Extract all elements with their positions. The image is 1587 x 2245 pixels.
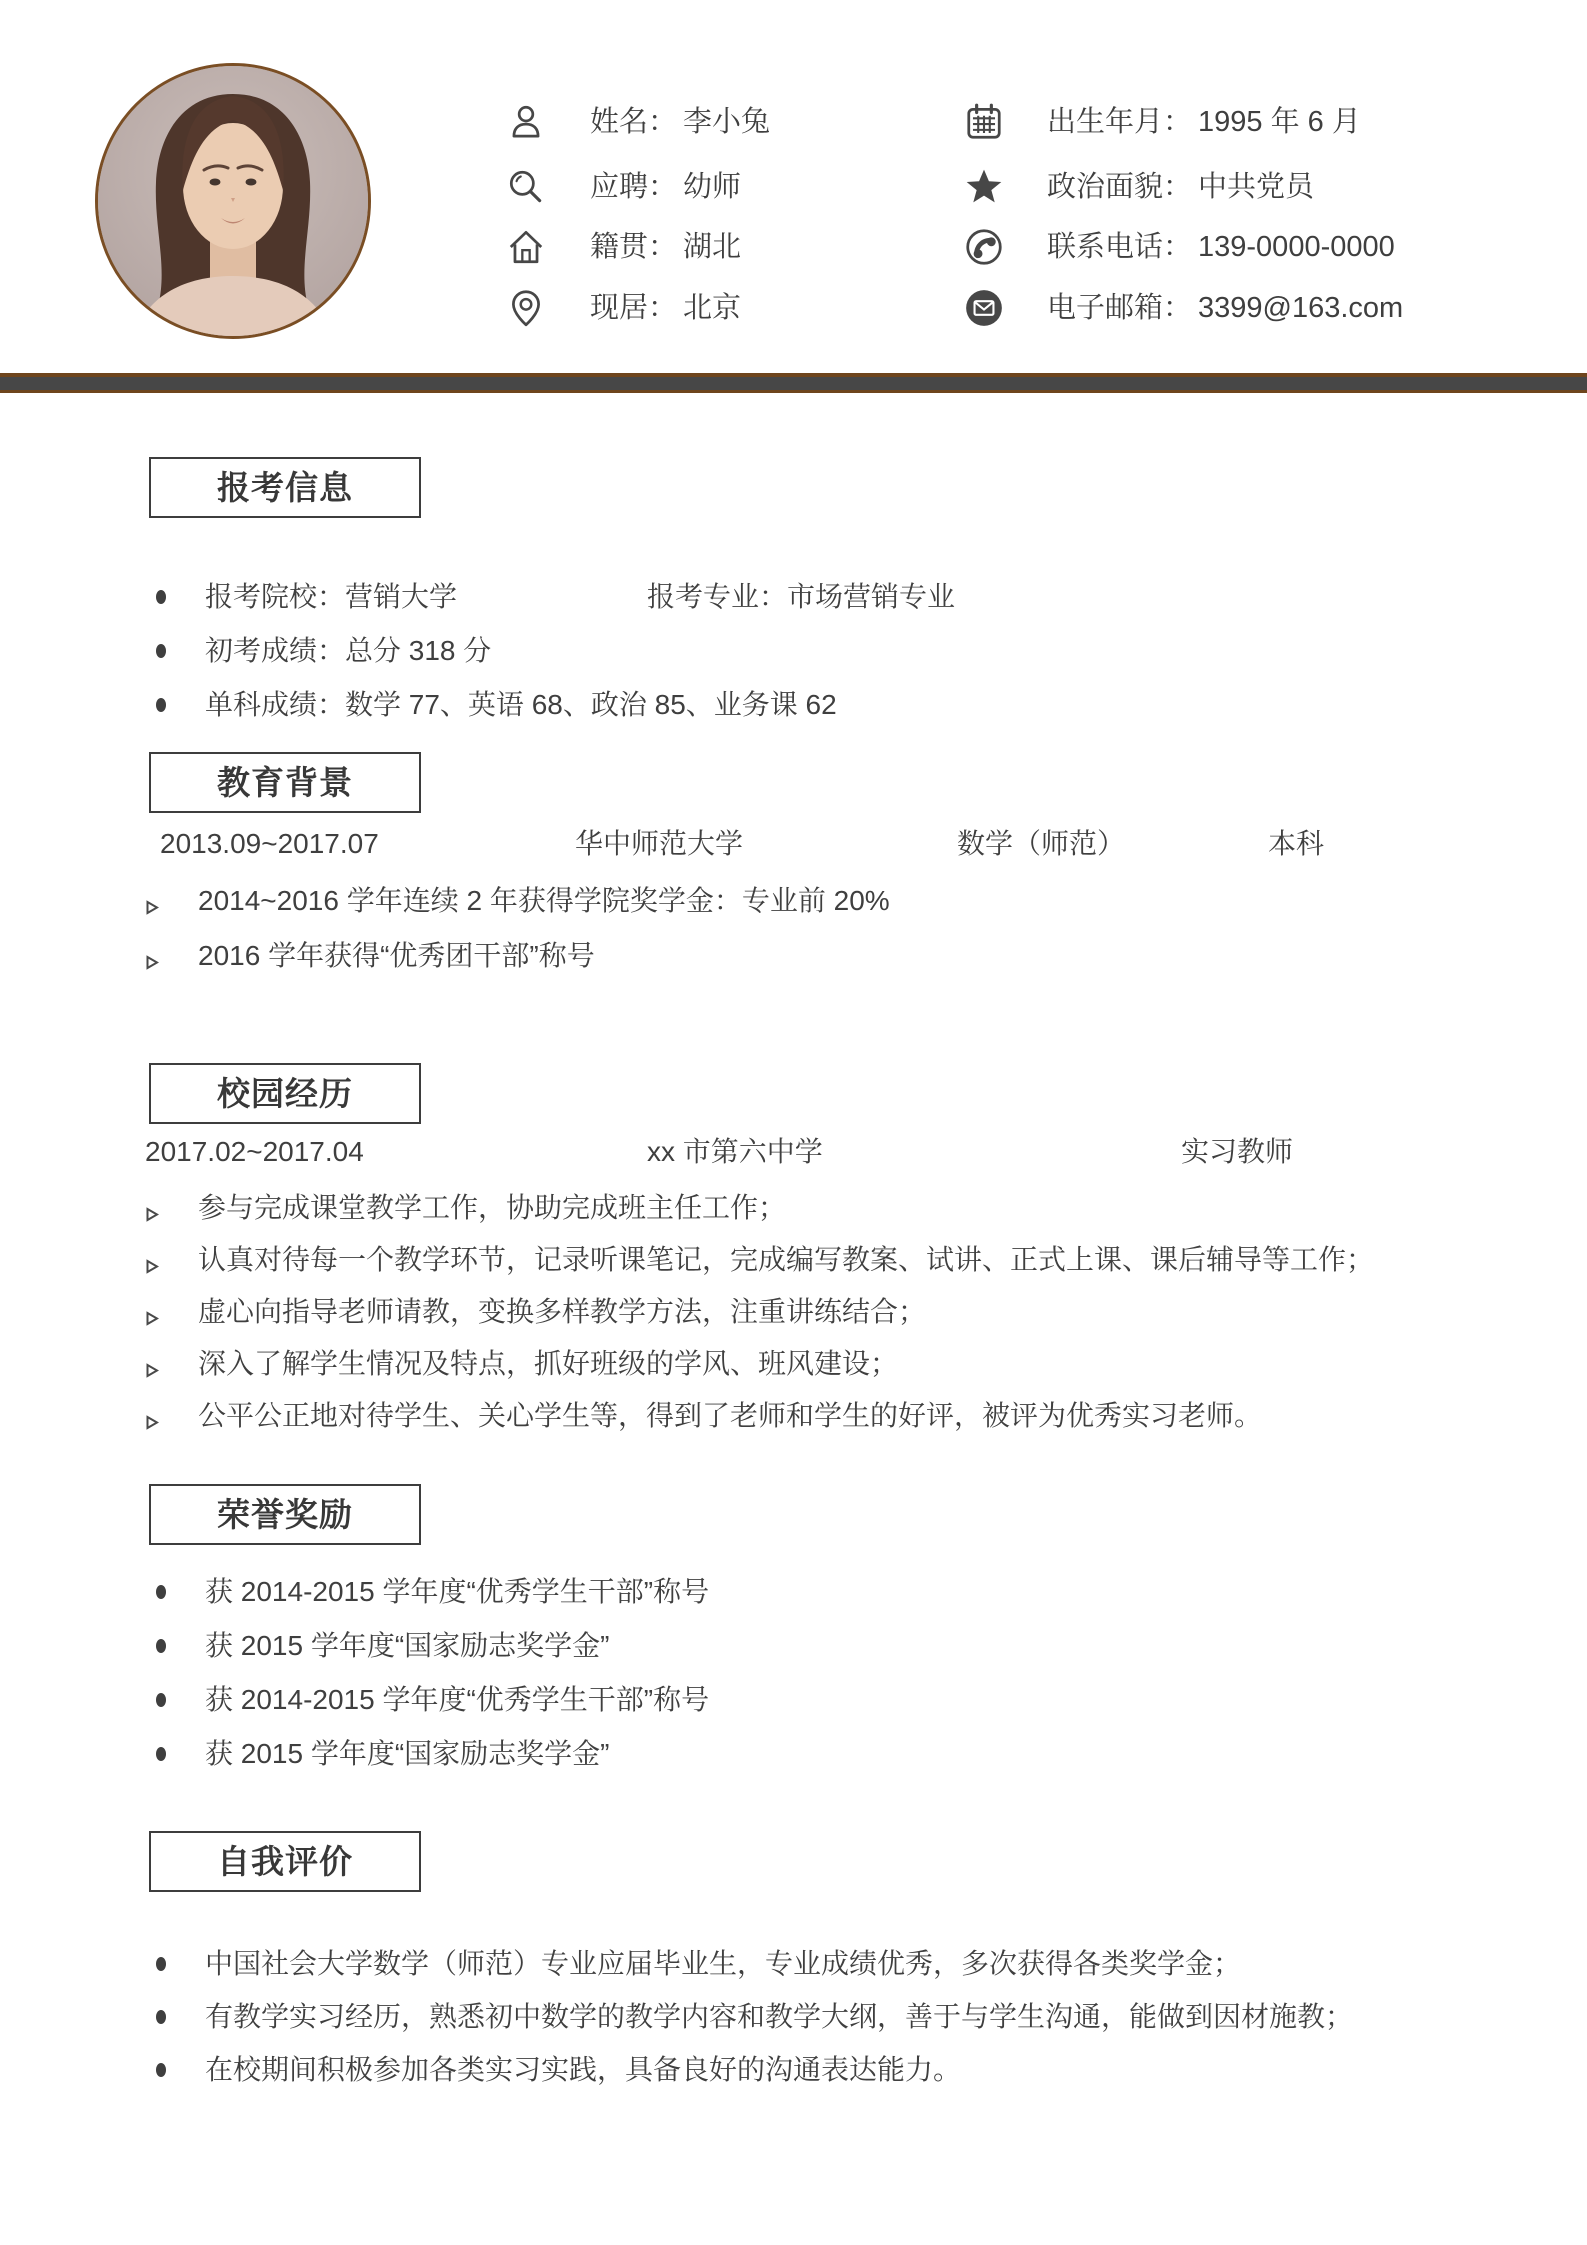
honor-bullet: 获 2014-2015 学年度“优秀学生干部”称号 (205, 1576, 709, 1607)
campus-bullet: 认真对待每一个教学环节，记录听课笔记，完成编写教案、试讲、正式上课、课后辅导等工… (198, 1244, 1374, 1275)
education-bullet: 2016 学年获得“优秀团干部”称号 (198, 940, 595, 971)
section-title-self-evaluation: 自我评价 (149, 1831, 421, 1892)
location-icon (505, 287, 547, 329)
dot-bullet-icon (156, 1639, 166, 1653)
field-value: 139-0000-0000 (1198, 231, 1395, 263)
honors-list: 获 2014-2015 学年度“优秀学生干部”称号 获 2015 学年度“国家励… (156, 1577, 1456, 1793)
field-text: 籍贯：湖北 (590, 226, 741, 268)
search-icon (505, 166, 547, 208)
education-major: 数学（师范） (957, 829, 1125, 859)
field-value: 李小兔 (683, 106, 770, 138)
home-icon (505, 226, 547, 268)
field-label: 电子邮箱： (1047, 292, 1192, 324)
honor-bullet: 获 2015 学年度“国家励志奖学金” (205, 1630, 610, 1661)
dot-bullet-icon (156, 698, 166, 712)
self-evaluation-bullet: 在校期间积极参加各类实习实践，具备良好的沟通表达能力。 (205, 2054, 961, 2085)
arrow-bullet-icon (145, 892, 160, 921)
list-item: 中国社会大学数学（师范）专业应届毕业生，专业成绩优秀，多次获得各类奖学金； (156, 1949, 1546, 1978)
field-label: 出生年月： (1047, 106, 1192, 138)
list-item: 在校期间积极参加各类实习实践，具备良好的沟通表达能力。 (156, 2055, 1546, 2084)
application-score-detail: 单科成绩：数学 77、英语 68、政治 85、业务课 62 (205, 689, 837, 720)
field-text: 出生年月：1995 年 6 月 (1047, 101, 1361, 143)
application-major: 报考专业：市场营销专业 (647, 582, 955, 611)
honor-bullet: 获 2015 学年度“国家励志奖学金” (205, 1738, 610, 1769)
dot-bullet-icon (156, 590, 166, 604)
arrow-bullet-icon (145, 1407, 160, 1436)
application-list: 报考院校：营销大学 报考专业：市场营销专业 初考成绩：总分 318 分 单科成绩… (156, 582, 1456, 744)
dot-bullet-icon (156, 1585, 166, 1599)
education-list: 2014~2016 学年连续 2 年获得学院奖学金：专业前 20% 2016 学… (145, 886, 1525, 996)
self-evaluation-bullet: 有教学实习经历，熟悉初中数学的教学内容和教学大纲，善于与学生沟通，能做到因材施教… (205, 2001, 1353, 2032)
list-item: 获 2014-2015 学年度“优秀学生干部”称号 (156, 1685, 1456, 1714)
education-summary-row: 2013.09~2017.07 华中师范大学 数学（师范） 本科 (0, 829, 1587, 859)
phone-icon (963, 226, 1005, 268)
education-school: 华中师范大学 (575, 829, 743, 859)
list-item: 虚心向指导老师请教，变换多样教学方法，注重讲练结合； (145, 1297, 1535, 1326)
field-text: 姓名：李小兔 (590, 101, 770, 143)
calendar-icon (963, 101, 1005, 143)
list-item: 报考院校：营销大学 报考专业：市场营销专业 (156, 582, 1456, 611)
field-label: 现居： (590, 292, 677, 324)
portrait-illustration (98, 66, 368, 336)
list-item: 获 2015 学年度“国家励志奖学金” (156, 1631, 1456, 1660)
campus-bullet: 参与完成课堂教学工作，协助完成班主任工作； (198, 1192, 786, 1223)
field-value: 北京 (683, 292, 741, 324)
field-value: 3399@163.com (1198, 292, 1403, 324)
section-title-label: 报考信息 (217, 469, 353, 506)
campus-bullet: 深入了解学生情况及特点，抓好班级的学风、班风建设； (198, 1348, 898, 1379)
list-item: 公平公正地对待学生、关心学生等，得到了老师和学生的好评，被评为优秀实习老师。 (145, 1401, 1535, 1430)
field-value: 1995 年 6 月 (1198, 106, 1361, 138)
list-item: 参与完成课堂教学工作，协助完成班主任工作； (145, 1193, 1535, 1222)
list-item: 获 2014-2015 学年度“优秀学生干部”称号 (156, 1577, 1456, 1606)
field-value: 湖北 (683, 231, 741, 263)
dot-bullet-icon (156, 644, 166, 658)
application-school: 报考院校：营销大学 (205, 581, 457, 612)
avatar (95, 63, 371, 339)
self-evaluation-bullet: 中国社会大学数学（师范）专业应届毕业生，专业成绩优秀，多次获得各类奖学金； (205, 1948, 1241, 1979)
field-text: 现居：北京 (590, 287, 741, 329)
list-item: 2016 学年获得“优秀团干部”称号 (145, 941, 1525, 970)
list-item: 2014~2016 学年连续 2 年获得学院奖学金：专业前 20% (145, 886, 1525, 915)
field-label: 联系电话： (1047, 231, 1192, 263)
section-title-label: 自我评价 (217, 1843, 353, 1880)
list-item: 有教学实习经历，熟悉初中数学的教学内容和教学大纲，善于与学生沟通，能做到因材施教… (156, 2002, 1546, 2031)
star-icon (963, 166, 1005, 208)
campus-role: 实习教师 (1181, 1137, 1293, 1167)
field-label: 应聘： (590, 171, 677, 203)
list-item: 获 2015 学年度“国家励志奖学金” (156, 1739, 1456, 1768)
arrow-bullet-icon (145, 1251, 160, 1280)
dot-bullet-icon (156, 2063, 166, 2077)
education-bullet: 2014~2016 学年连续 2 年获得学院奖学金：专业前 20% (198, 885, 890, 916)
field-text: 电子邮箱：3399@163.com (1047, 287, 1403, 329)
arrow-bullet-icon (145, 947, 160, 976)
dot-bullet-icon (156, 1957, 166, 1971)
campus-bullet: 公平公正地对待学生、关心学生等，得到了老师和学生的好评，被评为优秀实习老师。 (198, 1400, 1262, 1431)
field-label: 政治面貌： (1047, 171, 1192, 203)
header-divider-bar (0, 373, 1587, 393)
field-label: 姓名： (590, 106, 677, 138)
field-label: 籍贯： (590, 231, 677, 263)
arrow-bullet-icon (145, 1355, 160, 1384)
dot-bullet-icon (156, 1747, 166, 1761)
section-title-campus: 校园经历 (149, 1063, 421, 1124)
section-title-application: 报考信息 (149, 457, 421, 518)
dot-bullet-icon (156, 1693, 166, 1707)
resume-page: 姓名：李小兔 应聘：幼师 籍贯：湖北 现居：北京 出生年月：1995 年 6 月… (0, 0, 1587, 2245)
section-title-honors: 荣誉奖励 (149, 1484, 421, 1545)
campus-org: xx 市第六中学 (647, 1137, 823, 1167)
application-score-total: 初考成绩：总分 318 分 (205, 635, 491, 666)
field-value: 幼师 (683, 171, 741, 203)
campus-period: 2017.02~2017.04 (145, 1137, 364, 1167)
section-title-education: 教育背景 (149, 752, 421, 813)
section-title-label: 荣誉奖励 (217, 1496, 353, 1533)
list-item: 深入了解学生情况及特点，抓好班级的学风、班风建设； (145, 1349, 1535, 1378)
field-text: 应聘：幼师 (590, 166, 741, 208)
list-item: 认真对待每一个教学环节，记录听课笔记，完成编写教案、试讲、正式上课、课后辅导等工… (145, 1245, 1535, 1274)
email-icon (963, 287, 1005, 329)
list-item: 初考成绩：总分 318 分 (156, 636, 1456, 665)
self-evaluation-list: 中国社会大学数学（师范）专业应届毕业生，专业成绩优秀，多次获得各类奖学金； 有教… (156, 1949, 1546, 2108)
section-title-label: 校园经历 (217, 1075, 353, 1112)
section-title-label: 教育背景 (217, 764, 353, 801)
field-text: 政治面貌：中共党员 (1047, 166, 1314, 208)
dot-bullet-icon (156, 2010, 166, 2024)
campus-summary-row: 2017.02~2017.04 xx 市第六中学 实习教师 (0, 1137, 1587, 1167)
campus-list: 参与完成课堂教学工作，协助完成班主任工作； 认真对待每一个教学环节，记录听课笔记… (145, 1193, 1535, 1453)
honor-bullet: 获 2014-2015 学年度“优秀学生干部”称号 (205, 1684, 709, 1715)
education-degree: 本科 (1268, 829, 1324, 859)
person-icon (505, 101, 547, 143)
arrow-bullet-icon (145, 1199, 160, 1228)
field-text: 联系电话：139-0000-0000 (1047, 226, 1395, 268)
list-item: 单科成绩：数学 77、英语 68、政治 85、业务课 62 (156, 690, 1456, 719)
education-period: 2013.09~2017.07 (160, 829, 379, 859)
arrow-bullet-icon (145, 1303, 160, 1332)
field-value: 中共党员 (1198, 171, 1314, 203)
campus-bullet: 虚心向指导老师请教，变换多样教学方法，注重讲练结合； (198, 1296, 926, 1327)
